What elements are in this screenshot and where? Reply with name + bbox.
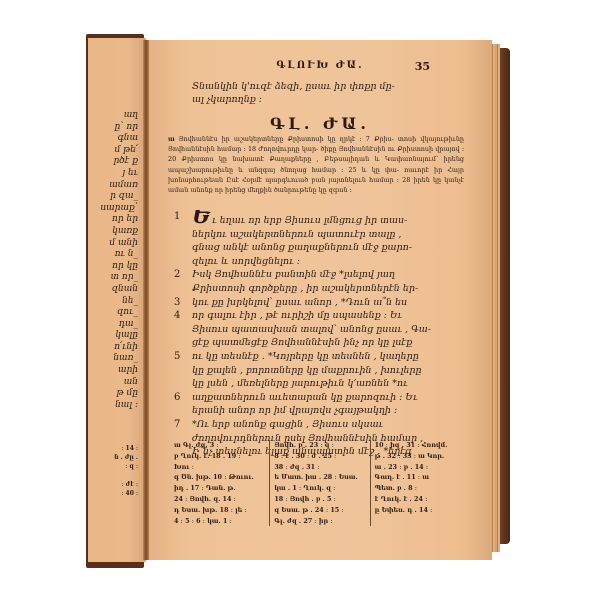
verse: 4որ գալու էիր , թէ ուրիշի մը սպասենք ։ Ե… (174, 309, 470, 350)
book-gutter (143, 40, 149, 560)
verse-number: 5 (174, 350, 180, 364)
footnote-line: զ Եսա․ թ ․ 24 ։ 15 ։ (274, 505, 365, 516)
verse-line: ներկու աշակերտներուն պատուէր տալը , (192, 228, 470, 242)
footnote-line: ա Գլ․ ժզ․ 3 ։ (174, 440, 265, 451)
left-text-line: գնա (88, 133, 138, 145)
left-text-line: դա_ (88, 319, 138, 331)
left-text-line: ու ն_ (88, 249, 138, 261)
verse-line: երանի անոր որ իմ վրայովս չգայթակղի ։ (192, 404, 470, 418)
footnote-line: ը Եփես․ դ ․ 14 ։ (375, 505, 466, 516)
left-page-text: աղը՝ որգնամ թե՛րծէ քյ եւամառր զա_սարաք՝ո… (88, 110, 138, 411)
verse-line: աղքատներուն աւետարան կը քարոզուի ։ Եւ (192, 391, 470, 405)
footnote-line: Յովհ․ բ ․ 23 ։ զ ։ (274, 440, 365, 451)
left-text-line: թ մը (88, 388, 138, 400)
verse: 2Իսկ Յովհաննէս բանտին մէջ *լսելով յաղՔրի… (174, 268, 470, 295)
left-text-line: զնան (88, 284, 138, 296)
footnotes: ա Գլ․ ժզ․ 3 ։բ Ղուկ․ է․ 18 ․ 19 ։ Խու ։գ… (170, 440, 470, 526)
left-text-line: որ կը (88, 261, 138, 273)
verse-line: Քրիստոսի գործքերը , իր աշակերտներէն եր- (192, 282, 470, 296)
left-text-line: ան (88, 377, 138, 389)
footnote-line: է Ղուկ․ է ․ 24 ։ (375, 494, 466, 505)
left-note-line: ։ 14 ։ (88, 444, 138, 453)
footnote-line: 4 ։ 5 ։ 6 ։ կա․ 1 ։ (174, 516, 265, 527)
left-text-line: ր զա_ (88, 191, 138, 203)
verse-line: գնաց անկէ անոնց քաղաքներուն մէջ քարո- (192, 241, 470, 255)
footnote-line: դ Եսա․ խթ․ 18 ։ լե ։ (174, 505, 265, 516)
verse-line: Յիսուս պատասխան տալով՝ անոնց ըսաւ , Գա- (192, 323, 470, 337)
drop-initial: Ե (192, 210, 210, 228)
left-text-line: զու_ (88, 307, 138, 319)
intro-text: Տնանկին կ'ուզէ ձեզի, ըսաւ իր փոքր մը-ալ … (192, 80, 452, 106)
verse-number: 4 (174, 309, 180, 323)
left-text-line: ամառ (88, 180, 138, 192)
verse-line: *Ու երբ անոնք գացին , Յիսուս սկսաւ (192, 418, 470, 432)
left-text-line: աղ (88, 110, 138, 122)
left-text-line: կառք (88, 226, 138, 238)
footnote-column: 10 ։ իզ ․ 31 ։ Հռովմ․թ ․ 32 ։ 33 ։ ա Կոր… (370, 440, 470, 526)
right-page: ԳԼՈՒԽ ԺԱ. 35 Տնանկին կ'ուզէ ձեզի, ըսաւ ի… (148, 40, 492, 560)
left-text-line: տ որ_ (88, 272, 138, 284)
verse: 6աղքատներուն աւետարան կը քարոզուի ։ Եւեր… (174, 391, 470, 418)
left-note-line (88, 471, 138, 480)
left-text-line: նառ_ (88, 353, 138, 365)
left-text-line: նե_ (88, 296, 138, 308)
footnote-line: իդ ․ 17 ։ Դան․ թ․ (174, 483, 265, 494)
verse-number: 6 (174, 391, 180, 405)
left-text-line: ը՝ որ (88, 122, 138, 134)
verse-line: որ գալու էիր , թէ ուրիշի մը սպասենք ։ Եւ (192, 309, 470, 323)
summary-marker: ա (168, 135, 175, 143)
footnote-line: ա ․ 23 ։ բ ․ 14 ։ (375, 462, 466, 473)
verse-number: 3 (174, 296, 180, 310)
verse-line: զելու և սորվեցնելու ։ (192, 255, 470, 269)
intro-line: ալ չկարողնք ։ (192, 93, 452, 106)
left-text-line: կալը (88, 330, 138, 342)
footnote-line: Գաղ․ է ․ 11 ։ ա (375, 472, 466, 483)
running-title: ԳԼՈՒԽ ԺԱ. (148, 60, 492, 71)
verse: 3կու քը խրկելով՝ ըսաւ անոր , *Դուն ա՞ն ե… (174, 296, 470, 310)
verse-line: կը լսեն , մեռելները յարութիւն կ՚առնեն *ո… (192, 377, 470, 391)
left-page-notes: ։ 14 ։ն ․ ժը ․։ զ ։ ։ ժէ ։։ 40 ։ (88, 444, 138, 498)
verse-number: 1 (174, 210, 180, 224)
left-text-line: յ եւ (88, 168, 138, 180)
left-text-line: րծէ ք (88, 156, 138, 168)
left-page: աղը՝ որգնամ թե՛րծէ քյ եւամառր զա_սարաք՝ո… (88, 38, 146, 562)
verse-line: Իսկ Յովհաննէս բանտին մէջ *լսելով յաղ (192, 268, 470, 282)
footnote-line: կա ․ 1 ։ Ղուկ․ զ ։ (274, 483, 365, 494)
verse-number: 2 (174, 268, 180, 282)
chapter-summary: աՅովհաննէս իր աշակերտները Քրիստոսի կը ղր… (168, 134, 464, 195)
left-text-line: նալ ։ (88, 400, 138, 412)
verse-line: ցէք պատմեցէք Յովհաննէսին ինչ որ կը լսէք (192, 336, 470, 350)
footnote-line: 8 ։ է ․ 30 ։ ժ ․ 25 ։ (274, 451, 365, 462)
left-text-line: որ եր (88, 214, 138, 226)
verse: 1Եւ եղաւ որ երբ Յիսուս լմնցուց իր տաս-նե… (174, 210, 470, 268)
verse-line: ու կը տեսնէք ․ *Կոյրերը կը տեսնեն , կաղե… (192, 350, 470, 364)
footnote-line: Պետ․ բ ․ 8 ։ (375, 483, 466, 494)
book-photo: աղը՝ որգնամ թե՛րծէ քյ եւամառր զա_սարաք՝ո… (0, 0, 600, 600)
left-text-line: մ անի (88, 238, 138, 250)
left-note-line: ն ․ ժը ․ (88, 453, 138, 462)
verse-line: կը քալեն , բորոտները կը մաքրուին , խուլե… (192, 364, 470, 378)
verse: 5ու կը տեսնէք ․ *Կոյրերը կը տեսնեն , կաղ… (174, 350, 470, 391)
footnote-line: Խու ։ (174, 462, 265, 473)
left-note-line: ։ զ ։ (88, 462, 138, 471)
footnote-line: թ ․ 32 ։ 33 ։ ա Կոր․ (375, 451, 466, 462)
footnote-line: 10 ։ իզ ․ 31 ։ Հռովմ․ (375, 440, 466, 451)
verses: 1Եւ եղաւ որ երբ Յիսուս լմնցուց իր տաս-նե… (174, 210, 470, 459)
footnote-line: բ Ղուկ․ է․ 18 ․ 19 ։ (174, 451, 265, 462)
summary-text: Յովհաննէս իր աշակերտները Քրիստոսի կը ղրկ… (168, 135, 464, 194)
left-note-line: ։ ժէ ։ (88, 480, 138, 489)
footnote-line: ե Մատ․ իա ․ 28 ։ Եսա․ (274, 472, 365, 483)
left-text-line: մ թե՛ (88, 145, 138, 157)
footnote-line: 24 ։ Յովհ․ զ․ 14 ։ (174, 494, 265, 505)
chapter-heading: ԳԼ․ ԺԱ. (148, 114, 492, 133)
footnote-line: գ Ծն․ խթ․ 10 ։ Թուու․ (174, 472, 265, 483)
footnote-column: Յովհ․ բ ․ 23 ։ զ ։8 ։ է ․ 30 ։ ժ ․ 25 ։3… (269, 440, 369, 526)
footnote-line: 18 ։ Յովհ ․ բ ․ 5 ։ (274, 494, 365, 505)
footnote-line: Գլ․ ժզ ․ 27 ։ իր ։ (274, 516, 365, 527)
verse-number: 7 (174, 418, 180, 432)
footnote-line: 38 ։ ժզ ․ 31 ։ (274, 462, 365, 473)
verse-line: Եւ եղաւ որ երբ Յիսուս լմնցուց իր տաս- (192, 210, 470, 228)
left-text-line: սարաք՝ (88, 203, 138, 215)
page-number: 35 (415, 60, 430, 73)
intro-line: Տնանկին կ'ուզէ ձեզի, ըսաւ իր փոքր մը- (192, 80, 452, 93)
footnote-column: ա Գլ․ ժզ․ 3 ։բ Ղուկ․ է․ 18 ․ 19 ։ Խու ։գ… (170, 440, 269, 526)
verse-line: կու քը խրկելով՝ ըսաւ անոր , *Դուն ա՞ն ես (192, 296, 470, 310)
left-note-line: ։ 40 ։ (88, 489, 138, 498)
left-text-line: արի (88, 365, 138, 377)
left-text-line: ո՛ւնի (88, 342, 138, 354)
